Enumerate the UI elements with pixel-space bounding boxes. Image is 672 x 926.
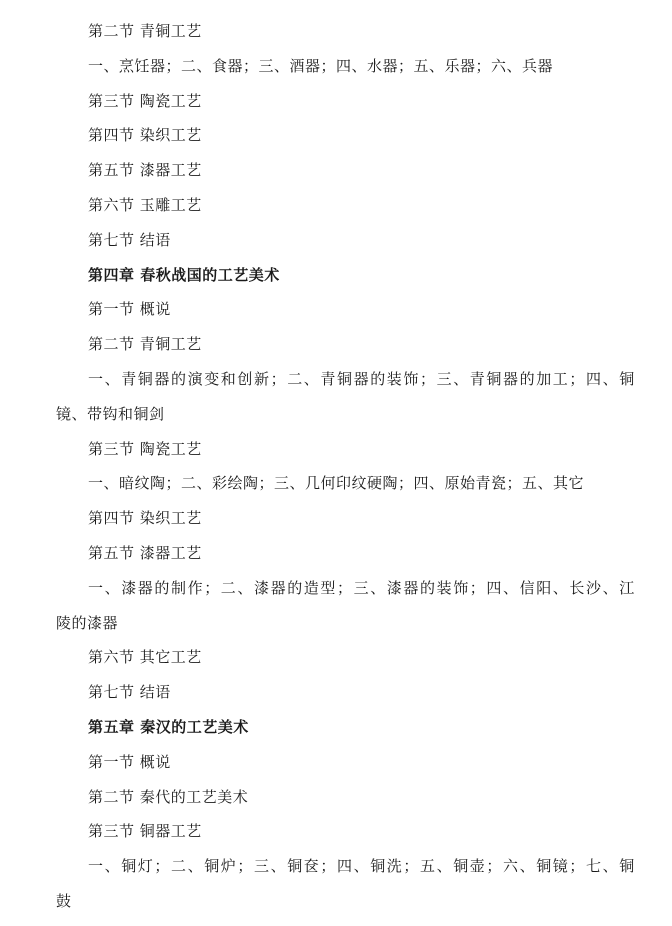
section-heading: 第四节 染织工艺	[56, 118, 612, 153]
section-heading: 第六节 玉雕工艺	[56, 188, 612, 223]
section-heading: 第三节 陶瓷工艺	[56, 84, 612, 119]
section-heading: 第五节 漆器工艺	[56, 153, 612, 188]
item-list: 一、青铜器的演变和创新；二、青铜器的装饰；三、青铜器的加工；四、铜	[56, 362, 612, 397]
section-heading: 第二节 青铜工艺	[56, 14, 612, 49]
section-heading: 第四节 染织工艺	[56, 501, 612, 536]
item-list-continuation: 鼓	[56, 884, 612, 919]
section-heading: 第一节 概说	[56, 292, 612, 327]
chapter-heading: 第四章 春秋战国的工艺美术	[56, 258, 612, 293]
item-list: 一、烹饪器；二、食器；三、酒器；四、水器；五、乐器；六、兵器	[56, 49, 612, 84]
item-list: 一、漆器的制作；二、漆器的造型；三、漆器的装饰；四、信阳、长沙、江	[56, 571, 612, 606]
section-heading: 第六节 其它工艺	[56, 640, 612, 675]
section-heading: 第五节 漆器工艺	[56, 536, 612, 571]
section-heading: 第三节 铜器工艺	[56, 814, 612, 849]
section-heading: 第二节 秦代的工艺美术	[56, 780, 612, 815]
section-heading: 第二节 青铜工艺	[56, 327, 612, 362]
item-list-continuation: 陵的漆器	[56, 606, 612, 641]
item-list-continuation: 镜、带钩和铜剑	[56, 397, 612, 432]
item-list: 一、暗纹陶；二、彩绘陶；三、几何印纹硬陶；四、原始青瓷；五、其它	[56, 466, 612, 501]
section-heading: 第七节 结语	[56, 675, 612, 710]
section-heading: 第三节 陶瓷工艺	[56, 432, 612, 467]
item-list: 一、铜灯；二、铜炉；三、铜奁；四、铜洗；五、铜壶；六、铜镜；七、铜	[56, 849, 612, 884]
document-page: 第二节 青铜工艺 一、烹饪器；二、食器；三、酒器；四、水器；五、乐器；六、兵器 …	[56, 14, 612, 919]
section-heading: 第一节 概说	[56, 745, 612, 780]
section-heading: 第七节 结语	[56, 223, 612, 258]
chapter-heading: 第五章 秦汉的工艺美术	[56, 710, 612, 745]
